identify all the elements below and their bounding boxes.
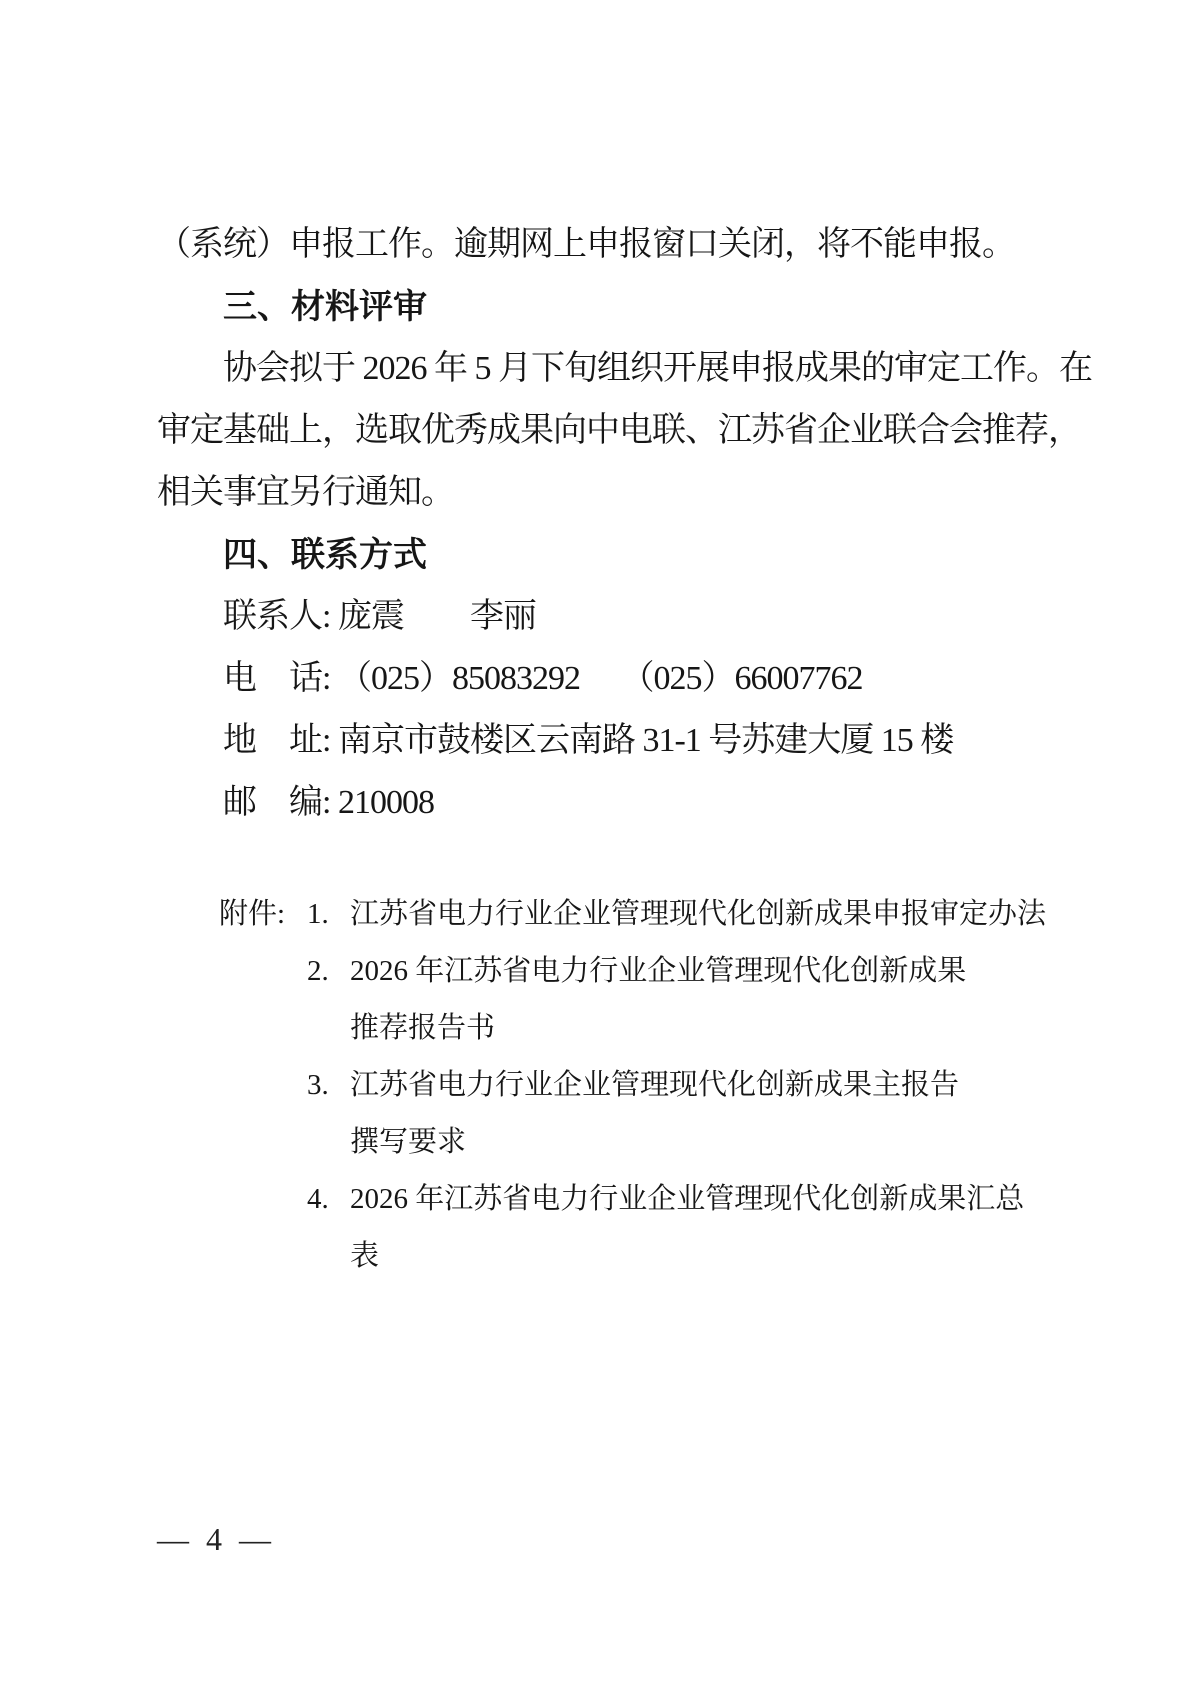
page-footer: — 4 — (157, 1521, 271, 1557)
attachment-1-title: 江苏省电力行业企业管理现代化创新成果申报审定办法 (350, 886, 1046, 943)
attachment-3-title: 江苏省电力行业企业管理现代化创新成果主报告 (350, 1057, 959, 1114)
attachment-2-number: 2. (307, 943, 350, 1000)
attachment-item-4-continuation: 表 (157, 1228, 1046, 1285)
attachment-item-2: 2. 2026 年江苏省电力行业企业管理现代化创新成果 (157, 943, 1046, 1000)
attachment-2-title-continued: 推荐报告书 (350, 1000, 495, 1057)
page-number: 4 (206, 1521, 222, 1557)
attachment-item-3: 3. 江苏省电力行业企业管理现代化创新成果主报告 (157, 1057, 1046, 1114)
attachment-indent-spacer (157, 1228, 350, 1285)
para-review-line-3: 相关事宜另行通知。 (157, 462, 1092, 524)
attachment-3-title-continued: 撰写要求 (350, 1114, 466, 1171)
attachment-indent-spacer (157, 1057, 307, 1114)
attachment-indent-spacer (157, 1114, 350, 1171)
attachment-2-title: 2026 年江苏省电力行业企业管理现代化创新成果 (350, 943, 966, 1000)
section-heading-contact-info: 四、联系方式 (157, 524, 1092, 586)
attachments-list: 附件: 1. 江苏省电力行业企业管理现代化创新成果申报审定办法 2. 2026 … (157, 886, 1046, 1285)
para-review-line-1: 协会拟于 2026 年 5 月下旬组织开展申报成果的审定工作。在 (157, 338, 1092, 400)
attachment-item-1: 附件: 1. 江苏省电力行业企业管理现代化创新成果申报审定办法 (157, 886, 1046, 943)
contact-address-line: 地 址: 南京市鼓楼区云南路 31-1 号苏建大厦 15 楼 (157, 710, 1092, 772)
attachment-4-title: 2026 年江苏省电力行业企业管理现代化创新成果汇总 (350, 1171, 1024, 1228)
body-line-overdue-notice: （系统）申报工作。逾期网上申报窗口关闭，将不能申报。 (157, 214, 1092, 276)
contact-person-line: 联系人: 庞震 李丽 (157, 586, 1092, 648)
attachment-indent-spacer (157, 943, 307, 1000)
attachment-4-number: 4. (307, 1171, 350, 1228)
attachment-item-2-continuation: 推荐报告书 (157, 1000, 1046, 1057)
attachment-item-3-continuation: 撰写要求 (157, 1114, 1046, 1171)
attachment-4-title-continued: 表 (350, 1228, 379, 1285)
section-heading-material-review: 三、材料评审 (157, 276, 1092, 338)
attachment-1-number: 1. (307, 886, 350, 943)
footer-dash-left: — (157, 1521, 189, 1557)
contact-phone-line: 电 话: （025）85083292 （025）66007762 (157, 648, 1092, 710)
contact-postcode-line: 邮 编: 210008 (157, 772, 1092, 834)
attachment-3-number: 3. (307, 1057, 350, 1114)
attachment-item-4: 4. 2026 年江苏省电力行业企业管理现代化创新成果汇总 (157, 1171, 1046, 1228)
document-body: （系统）申报工作。逾期网上申报窗口关闭，将不能申报。 三、材料评审 协会拟于 2… (157, 214, 1092, 834)
document-page: （系统）申报工作。逾期网上申报窗口关闭，将不能申报。 三、材料评审 协会拟于 2… (0, 0, 1190, 1683)
footer-dash-right: — (239, 1521, 271, 1557)
attachments-label: 附件: (219, 886, 307, 943)
para-review-line-2: 审定基础上，选取优秀成果向中电联、江苏省企业联合会推荐， (157, 400, 1092, 462)
attachment-indent-spacer (157, 1171, 307, 1228)
attachment-indent-spacer (157, 1000, 350, 1057)
